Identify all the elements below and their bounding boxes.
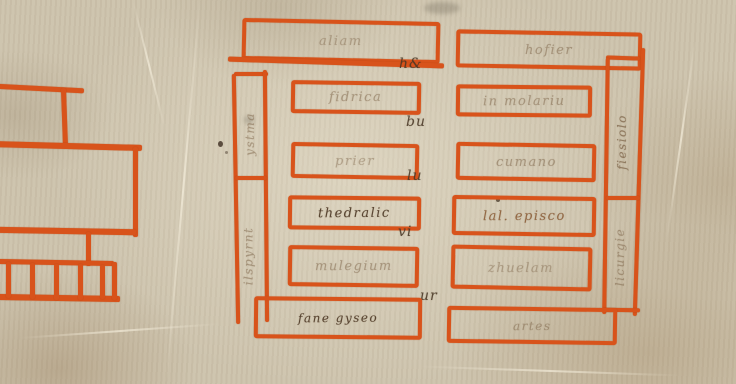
right-room-3-label: lal. episco — [483, 208, 566, 223]
parchment-crease — [165, 1, 200, 384]
bottom-right-hall-label: artes — [513, 318, 552, 332]
annex-wall — [61, 88, 68, 148]
right-room-1-label: in molariu — [483, 93, 566, 109]
left-room-4: mulegium — [288, 245, 420, 288]
annex-arcade-pier — [30, 263, 35, 299]
west-range-divider — [235, 176, 267, 180]
annex-arcade-pier — [112, 262, 117, 300]
left-room-2-label: prier — [335, 153, 375, 168]
parchment-crease — [20, 323, 220, 339]
right-room-4: zhuelam — [451, 245, 593, 292]
center-gloss-3: lu — [407, 168, 423, 184]
right-room-4-label: zhuelam — [488, 260, 554, 275]
annex-arcade-pier — [54, 264, 59, 300]
left-room-2: prier — [291, 142, 420, 180]
annex-wall — [133, 147, 138, 237]
left-room-3-label: thedralic — [318, 205, 391, 221]
west-range-room-upper: ystma — [228, 95, 272, 173]
center-gloss-1: h& — [399, 56, 422, 72]
annex-arcade-pier — [78, 264, 83, 300]
bottom-left-hall: fane gyseo — [254, 296, 422, 339]
east-range-room-lower: licurgie — [598, 208, 642, 306]
top-right-hall-label: hofier — [525, 42, 573, 57]
east-range-label-upper: fiesiolo — [615, 114, 629, 170]
west-range-label-upper: ystma — [243, 112, 257, 156]
east-range-label-lower: licurgie — [613, 228, 627, 286]
parchment-crease — [420, 365, 680, 376]
right-room-2-label: cumano — [496, 155, 557, 170]
left-room-1-label: fidrica — [329, 90, 382, 105]
bottom-right-hall: artes — [447, 306, 618, 345]
parchment-crease — [132, 2, 165, 129]
annex-wall — [0, 141, 142, 151]
annex-wall — [0, 227, 136, 235]
west-range-label-lower: ilspyrnt — [241, 227, 255, 286]
center-gloss-5: ur — [420, 288, 438, 304]
top-right-hall: hofier — [456, 29, 643, 70]
ink-speck — [218, 141, 223, 147]
top-left-hall-label: aliam — [319, 33, 363, 48]
bottom-left-hall-label: fane gyseo — [298, 311, 378, 326]
center-gloss-2: bu — [406, 114, 426, 130]
annex-arcade-pier — [100, 265, 105, 299]
right-room-3: lal. episco — [452, 195, 597, 237]
right-room-1: in molariu — [456, 84, 592, 117]
parchment-crease — [666, 41, 696, 239]
manuscript-page: aliam hofier ystma ilspyrnt fiesiolo lic… — [0, 0, 736, 384]
east-range-room-upper: fiesiolo — [600, 90, 644, 194]
left-room-4-label: mulegium — [315, 259, 393, 274]
annex-wall — [0, 84, 84, 94]
east-range-divider — [606, 196, 640, 200]
right-room-2: cumano — [456, 142, 597, 182]
annex-arcade-pier — [6, 262, 11, 298]
left-room-1: fidrica — [291, 80, 421, 115]
center-gloss-4: vi — [398, 224, 412, 240]
ink-smudge — [424, 2, 460, 14]
west-range-room-lower: ilspyrnt — [226, 202, 270, 310]
